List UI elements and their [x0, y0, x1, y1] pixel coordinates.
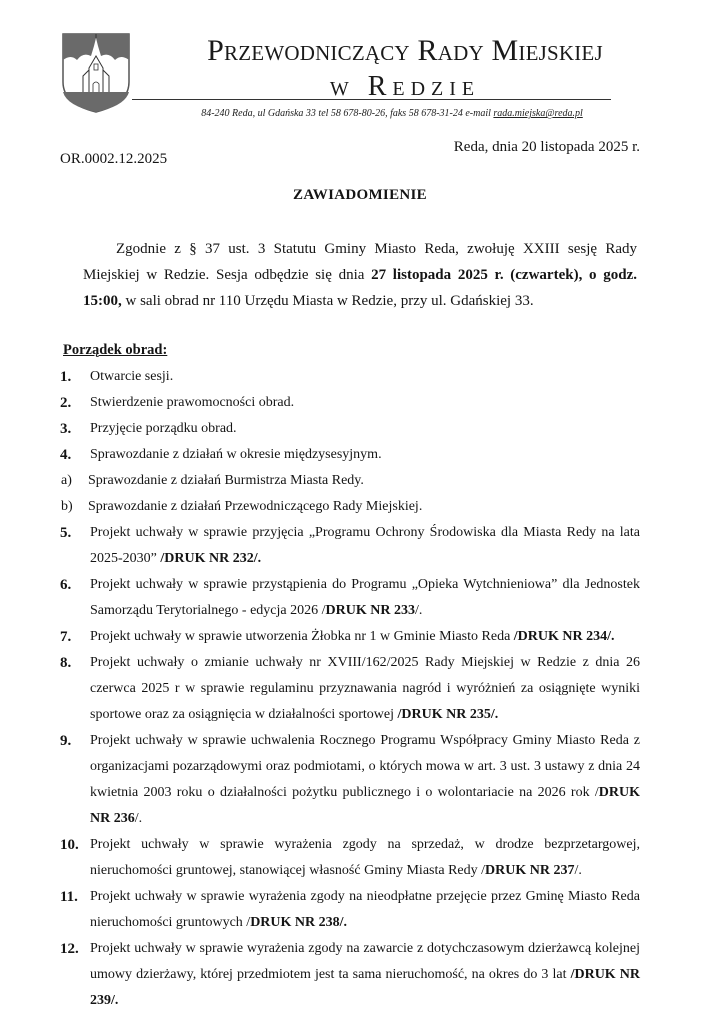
agenda-item-text: Przyjęcie porządku obrad.: [90, 421, 237, 436]
agenda-item-text: Projekt uchwały w sprawie wyrażenia zgod…: [90, 889, 640, 930]
agenda-item: 7.Projekt uchwały w sprawie utworzenia Ż…: [60, 624, 640, 650]
document-page: Przewodniczący Rady Miejskiej w Redzie 8…: [0, 0, 720, 1026]
agenda-item-text: Sprawozdanie z działań Burmistrza Miasta…: [88, 473, 364, 488]
agenda-list: 1.Otwarcie sesji.2.Stwierdzenie prawomoc…: [60, 364, 640, 1014]
agenda-item-tail: /.: [415, 603, 422, 618]
letterhead-divider: [132, 99, 611, 100]
agenda-item: 1.Otwarcie sesji.: [60, 364, 640, 390]
document-date: Reda, dnia 20 listopada 2025 r.: [454, 139, 640, 156]
agenda-item: 2.Stwierdzenie prawomocności obrad.: [60, 390, 640, 416]
agenda-item-number: 6.: [60, 572, 71, 598]
agenda-item: 4.Sprawozdanie z działań w okresie międz…: [60, 442, 640, 468]
agenda-item: a)Sprawozdanie z działań Burmistrza Mias…: [60, 468, 640, 494]
agenda-item-number: a): [61, 468, 72, 494]
agenda-item: 9.Projekt uchwały w sprawie uchwalenia R…: [60, 728, 640, 832]
letterhead-title: Przewodniczący Rady Miejskiej: [170, 36, 640, 66]
agenda-item-text: Sprawozdanie z działań Przewodniczącego …: [88, 499, 422, 514]
agenda-item-tail: /.: [135, 811, 142, 826]
coat-of-arms-church-icon: [61, 32, 131, 114]
agenda-item: 3.Przyjęcie porządku obrad.: [60, 416, 640, 442]
agenda-item-number: 4.: [60, 442, 71, 468]
agenda-item: 6.Projekt uchwały w sprawie przystąpieni…: [60, 572, 640, 624]
agenda-item: 5.Projekt uchwały w sprawie przyjęcia „P…: [60, 520, 640, 572]
agenda-item-druk: /DRUK NR 235/.: [398, 707, 499, 722]
intro-text-2: w sali obrad nr 110 Urzędu Miasta w Redz…: [122, 293, 534, 309]
agenda-item-druk: /DRUK NR 232/.: [160, 551, 261, 566]
agenda-item-number: 8.: [60, 650, 71, 676]
agenda-item-tail: /.: [574, 863, 581, 878]
agenda-item: 11.Projekt uchwały w sprawie wyrażenia z…: [60, 884, 640, 936]
agenda-item-druk: DRUK NR 238/.: [250, 915, 347, 930]
contact-email-link[interactable]: rada.miejska@reda.pl: [493, 108, 582, 119]
intro-paragraph: Zgodnie z § 37 ust. 3 Statutu Gminy Mias…: [83, 236, 637, 314]
agenda-item-druk: DRUK NR 233: [326, 603, 415, 618]
agenda-item-number: 2.: [60, 390, 71, 416]
agenda-item-druk: DRUK NR 237: [485, 863, 574, 878]
agenda-item-text: Stwierdzenie prawomocności obrad.: [90, 395, 294, 410]
letterhead-contact: 84-240 Reda, ul Gdańska 33 tel 58 678-80…: [132, 108, 652, 119]
agenda-item-text: Projekt uchwały w sprawie utworzenia Żło…: [90, 629, 514, 644]
agenda-item-number: 7.: [60, 624, 71, 650]
agenda-item-number: 1.: [60, 364, 71, 390]
agenda-item-text: Sprawozdanie z działań w okresie międzys…: [90, 447, 382, 462]
agenda-item: 8.Projekt uchwały o zmianie uchwały nr X…: [60, 650, 640, 728]
contact-address: 84-240 Reda, ul Gdańska 33 tel 58 678-80…: [201, 108, 493, 119]
agenda-item: 10.Projekt uchwały w sprawie wyrażenia z…: [60, 832, 640, 884]
agenda-item-text: Otwarcie sesji.: [90, 369, 173, 384]
agenda-item-number: 9.: [60, 728, 71, 754]
document-title: ZAWIADOMIENIE: [0, 187, 720, 204]
agenda-item-number: b): [61, 494, 73, 520]
agenda-item-number: 5.: [60, 520, 71, 546]
agenda-item-number: 10.: [60, 832, 79, 858]
agenda-item-text: Projekt uchwały w sprawie wyrażenia zgod…: [90, 941, 640, 982]
agenda-item-text: Projekt uchwały o zmianie uchwały nr XVI…: [90, 655, 640, 722]
document-reference: OR.0002.12.2025: [60, 151, 167, 168]
agenda-item-number: 11.: [60, 884, 78, 910]
agenda-item-number: 12.: [60, 936, 79, 962]
letterhead-subtitle: w Redzie: [170, 73, 640, 101]
agenda-item-text: Projekt uchwały w sprawie uchwalenia Roc…: [90, 733, 640, 800]
agenda-item: b)Sprawozdanie z działań Przewodnicząceg…: [60, 494, 640, 520]
agenda-item-number: 3.: [60, 416, 71, 442]
agenda-item: 12.Projekt uchwały w sprawie wyrażenia z…: [60, 936, 640, 1014]
agenda-item-druk: /DRUK NR 234/.: [514, 629, 615, 644]
agenda-heading: Porządek obrad:: [63, 342, 167, 359]
